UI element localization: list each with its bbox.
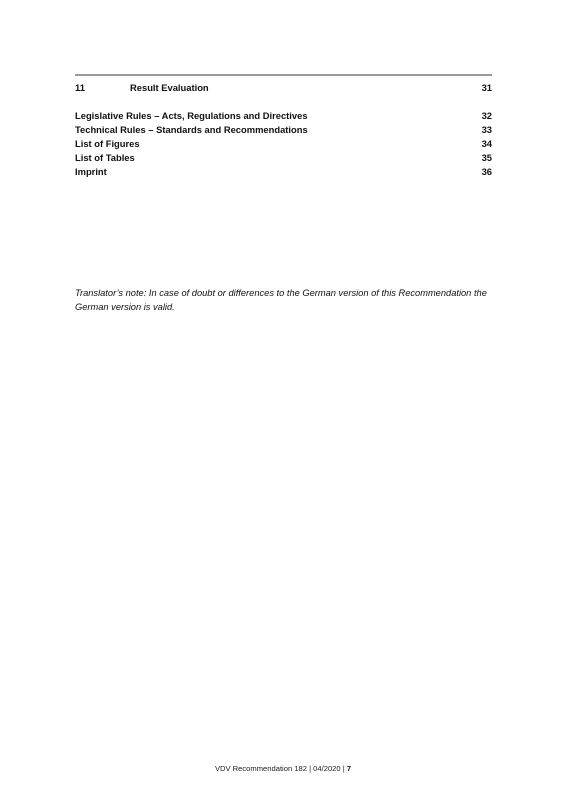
toc-page-number: 33 — [482, 123, 492, 137]
toc-entry-technical-rules[interactable]: Technical Rules – Standards and Recommen… — [75, 123, 492, 137]
toc-entry-imprint[interactable]: Imprint 36 — [75, 165, 492, 179]
toc-entry-list-of-figures[interactable]: List of Figures 34 — [75, 137, 492, 151]
footer-page-number: 7 — [347, 764, 351, 773]
toc-entry-list-of-tables[interactable]: List of Tables 35 — [75, 151, 492, 165]
page-footer: VDV Recommendation 182 | 04/2020 | 7 — [0, 764, 566, 773]
toc-entry-title: Technical Rules – Standards and Recommen… — [75, 123, 308, 137]
toc-entry-chapter-11[interactable]: 11 Result Evaluation 31 — [75, 81, 492, 95]
footer-label: VDV Recommendation 182 | 04/2020 | — [215, 764, 347, 773]
toc-entry-title: Imprint — [75, 165, 107, 179]
toc-entry-title: List of Figures — [75, 137, 140, 151]
toc-page-number: 35 — [482, 151, 492, 165]
toc-entry-title: List of Tables — [75, 151, 135, 165]
translators-note: Translator’s note: In case of doubt or d… — [75, 286, 505, 314]
top-divider — [75, 74, 492, 76]
toc-chapter-title: Result Evaluation — [130, 81, 209, 95]
toc-page-number: 31 — [482, 81, 492, 95]
toc-page-number: 34 — [482, 137, 492, 151]
toc-page-number: 32 — [482, 109, 492, 123]
document-page: 11 Result Evaluation 31 Legislative Rule… — [0, 0, 566, 800]
toc-chapter-number: 11 — [75, 81, 130, 95]
toc-page-number: 36 — [482, 165, 492, 179]
toc-entry-legislative-rules[interactable]: Legislative Rules – Acts, Regulations an… — [75, 109, 492, 123]
toc-entry-title: Legislative Rules – Acts, Regulations an… — [75, 109, 308, 123]
